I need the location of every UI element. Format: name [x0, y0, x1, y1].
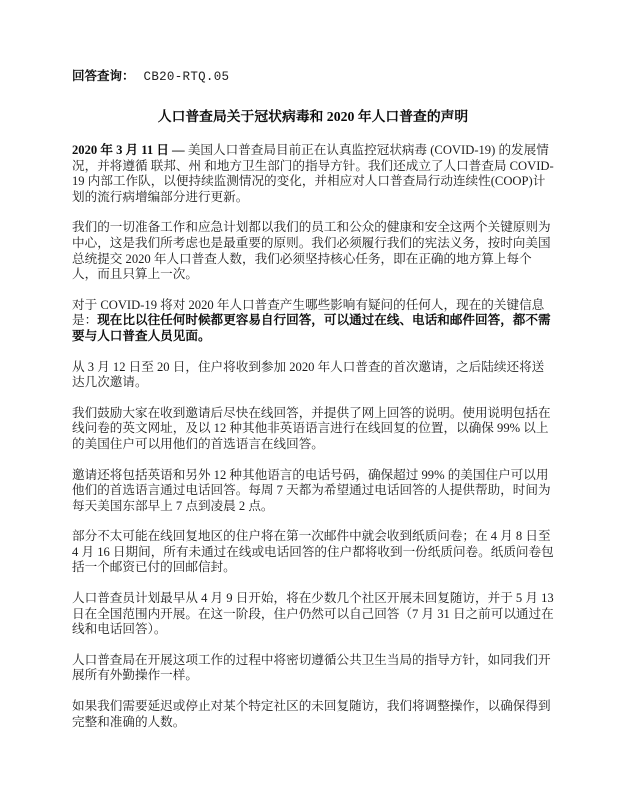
reference-label: 回答查询：: [72, 69, 135, 83]
paragraph-10: 如果我们需要延迟或停止对某个特定社区的未回复随访，我们将调整操作，以确保得到完整…: [72, 699, 554, 730]
reference-line: 回答查询：CB20-RTQ.05: [72, 68, 554, 85]
text-segment: 邀请还将包括英语和另外 12 种其他语言的电话号码，确保超过 99% 的美国住户…: [72, 468, 551, 513]
text-segment: 如果我们需要延迟或停止对某个特定社区的未回复随访，我们将调整操作，以确保得到完整…: [72, 699, 551, 729]
text-segment: 部分不太可能在线回复地区的住户将在第一次邮件中就会收到纸质问卷；在 4 月 8 …: [72, 529, 554, 574]
paragraph-9: 人口普查局在开展这项工作的过程中将密切遵循公共卫生当局的指导方针，如同我们开展所…: [72, 653, 554, 684]
paragraph-5: 我们鼓励大家在收到邀请后尽快在线回答，并提供了网上回答的说明。使用说明包括在线问…: [72, 406, 554, 453]
paragraph-1: 2020 年 3 月 11 日 — 美国人口普查局目前正在认真监控冠状病毒 (C…: [72, 143, 554, 205]
text-segment: 人口普查局在开展这项工作的过程中将密切遵循公共卫生当局的指导方针，如同我们开展所…: [72, 653, 551, 683]
text-segment: 我们鼓励大家在收到邀请后尽快在线回答，并提供了网上回答的说明。使用说明包括在线问…: [72, 406, 551, 451]
reference-code: CB20-RTQ.05: [144, 70, 230, 84]
bold-text-segment: 现在比以往任何时候都更容易自行回答，可以通过在线、电话和邮件回答，都不需要与人口…: [72, 313, 551, 343]
bold-text-segment: 2020 年 3 月 11 日 —: [72, 143, 188, 157]
paragraph-6: 邀请还将包括英语和另外 12 种其他语言的电话号码，确保超过 99% 的美国住户…: [72, 468, 554, 515]
paragraph-4: 从 3 月 12 日至 20 日，住户将收到参加 2020 年人口普查的首次邀请…: [72, 360, 554, 391]
paragraph-8: 人口普查员计划最早从 4 月 9 日开始，将在少数几个社区开展未回复随访，并于 …: [72, 591, 554, 638]
paragraph-7: 部分不太可能在线回复地区的住户将在第一次邮件中就会收到纸质问卷；在 4 月 8 …: [72, 529, 554, 576]
text-segment: 从 3 月 12 日至 20 日，住户将收到参加 2020 年人口普查的首次邀请…: [72, 360, 544, 390]
text-segment: 我们的一切准备工作和应急计划都以我们的员工和公众的健康和安全这两个关键原则为中心…: [72, 220, 551, 281]
text-segment: 人口普查员计划最早从 4 月 9 日开始，将在少数几个社区开展未回复随访，并于 …: [72, 591, 554, 636]
document-page: 回答查询：CB20-RTQ.05 人口普查局关于冠状病毒和 2020 年人口普查…: [0, 0, 618, 800]
paragraph-3: 对于 COVID-19 将对 2020 年人口普查产生哪些影响有疑问的任何人，现…: [72, 298, 554, 345]
paragraph-2: 我们的一切准备工作和应急计划都以我们的员工和公众的健康和安全这两个关键原则为中心…: [72, 220, 554, 282]
page-title: 人口普查局关于冠状病毒和 2020 年人口普查的声明: [72, 108, 554, 125]
document-body: 2020 年 3 月 11 日 — 美国人口普查局目前正在认真监控冠状病毒 (C…: [72, 143, 554, 730]
